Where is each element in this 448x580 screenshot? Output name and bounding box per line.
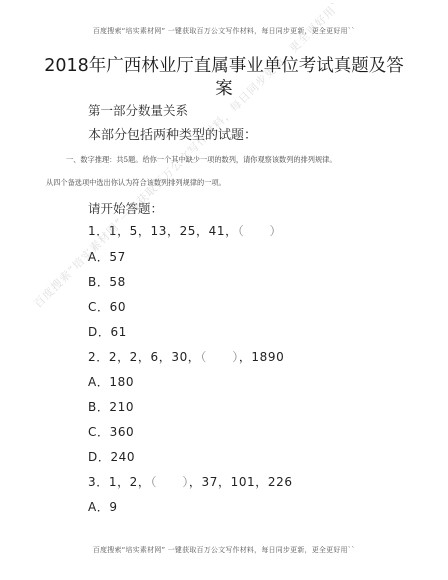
question-2-option-c: C．360 — [88, 423, 134, 440]
section-heading: 第一部分数量关系 — [88, 101, 188, 119]
question-1-option-c: C．60 — [88, 298, 126, 315]
question-3: 3．1，2，（ ），37，101，226 — [88, 473, 293, 490]
question-3-text: 3．1，2， — [88, 475, 151, 489]
question-1-option-d: D．61 — [88, 323, 127, 340]
start-prompt: 请开始答题： — [88, 199, 163, 217]
question-3-suffix: ，37，101，226 — [189, 475, 293, 489]
question-2: 2．2，2，6，30，（ ），1890 — [88, 348, 284, 365]
question-2-option-b: B．210 — [88, 398, 134, 415]
question-2-text: 2．2，2，6，30， — [88, 350, 200, 364]
question-1-option-b: B．58 — [88, 273, 126, 290]
question-1-blank: （ ） — [238, 224, 282, 238]
instruction-line-1: 一、数字推理：共5题。给你一个其中缺少一项的数列，请你观察该数列的排列规律。 — [66, 155, 337, 165]
header-note: 百度搜索“培实素材网” 一键获取百万公文写作材料，每日同步更新，更全更好用`` — [0, 26, 448, 36]
question-1-text: 1．1，5，13，25，41， — [88, 224, 238, 238]
question-1: 1．1，5，13，25，41，（ ） — [88, 222, 282, 239]
question-3-blank: （ ） — [151, 475, 189, 489]
question-2-suffix: ，1890 — [239, 350, 285, 364]
instruction-line-2: 从四个备选项中选出你认为符合该数列排列规律的一项。 — [46, 178, 226, 188]
document-page: 百度搜索“培实素材网” 一键获取百万公文写作材料，每日同步更新，更全更好用`` … — [0, 0, 448, 580]
question-1-option-a: A．57 — [88, 248, 126, 265]
intro-text: 本部分包括两种类型的试题： — [88, 124, 257, 143]
document-title: 2018年广西林业厅直属事业单位考试真题及答案 — [40, 55, 408, 101]
question-2-option-a: A．180 — [88, 373, 134, 390]
question-2-blank: （ ） — [200, 350, 238, 364]
question-3-option-a: A．9 — [88, 498, 118, 515]
question-2-option-d: D．240 — [88, 448, 135, 465]
footer-note: 百度搜索“培实素材网” 一键获取百万公文写作材料，每日同步更新，更全更好用`` — [0, 545, 448, 555]
